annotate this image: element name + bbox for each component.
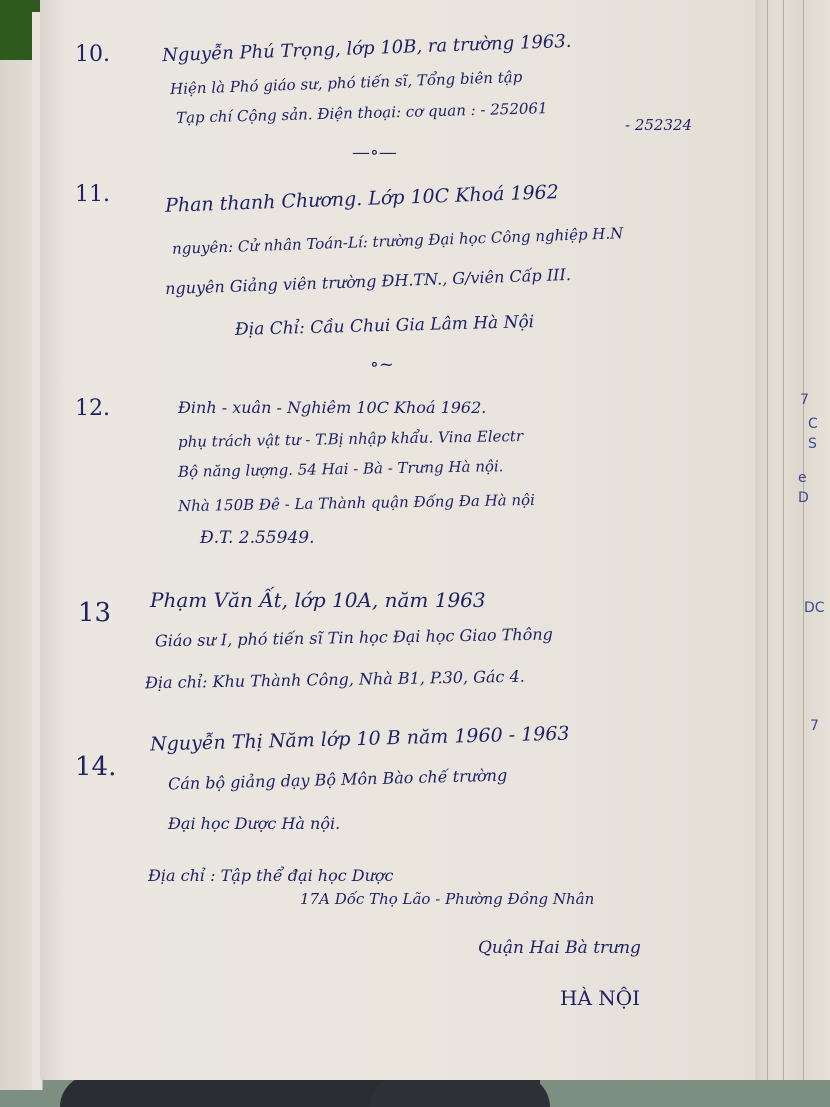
margin-mark: S bbox=[808, 436, 817, 452]
entry-line: 17A Dốc Thọ Lão - Phường Đồng Nhân bbox=[300, 890, 594, 908]
page-gutter-shadow bbox=[40, 0, 66, 1080]
entry-line: Phạm Văn Ất, lớp 10A, năm 1963 bbox=[150, 588, 486, 612]
entry-line: Đại học Dược Hà nội. bbox=[168, 814, 340, 833]
entry-number: 14. bbox=[75, 752, 116, 782]
margin-mark: e bbox=[798, 470, 807, 486]
margin-mark: D bbox=[798, 490, 809, 506]
margin-mark: C bbox=[808, 416, 818, 432]
entry-number: 13 bbox=[78, 598, 111, 628]
entry-line: Quận Hai Bà trưng bbox=[478, 938, 641, 958]
entry-line: Địa chỉ : Tập thể đại học Dược bbox=[148, 866, 394, 885]
margin-mark: 7 bbox=[800, 392, 809, 408]
margin-mark: DC bbox=[804, 600, 825, 616]
notebook-page bbox=[40, 0, 810, 1080]
entry-line: - 252324 bbox=[625, 116, 692, 134]
entry-line: HÀ NỘI bbox=[560, 986, 640, 1010]
separator: —∘— bbox=[352, 142, 397, 163]
entry-number: 11. bbox=[75, 182, 110, 207]
entry-number: 12. bbox=[75, 396, 110, 421]
entry-line: Đinh - xuân - Nghiêm 10C Khoá 1962. bbox=[178, 398, 486, 417]
entry-line: Đ.T. 2.55949. bbox=[200, 528, 314, 548]
right-page-stack bbox=[755, 0, 830, 1080]
margin-mark: 7 bbox=[810, 718, 819, 734]
entry-number: 10. bbox=[75, 42, 110, 67]
separator: ∘~ bbox=[370, 354, 394, 375]
